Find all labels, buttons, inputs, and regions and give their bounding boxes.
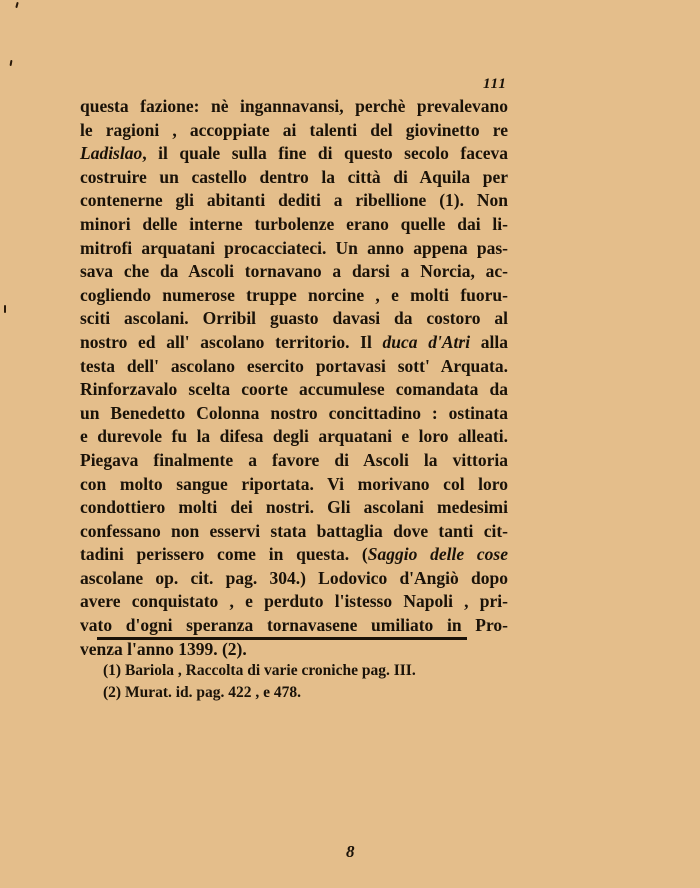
text-line: sava che da Ascoli tornavano a darsi a N… [80, 260, 508, 284]
text-line: costruire un castello dentro la città di… [80, 166, 508, 190]
text-run: , il quale sulla fine di questo secolo f… [142, 143, 508, 163]
text-run: venza l'anno 1399. (2). [80, 639, 247, 659]
text-line: venza l'anno 1399. (2). [80, 638, 508, 662]
text-line: minori delle interne turbolenze erano qu… [80, 213, 508, 237]
text-line: Ladislao, il quale sulla fine di questo … [80, 142, 508, 166]
text-run: e durevole fu la difesa degli arquatani … [80, 426, 508, 446]
text-line: con molto sangue riportata. Vi morivano … [80, 473, 508, 497]
footnote-1: (1) Bariola , Raccolta di varie croniche… [103, 660, 463, 682]
footnote-2: (2) Murat. id. pag. 422 , e 478. [103, 682, 463, 704]
text-run-italic: duca d'Atri [383, 332, 471, 352]
text-line: Piegava finalmente a favore di Ascoli la… [80, 449, 508, 473]
text-run: vato d'ogni speranza tornavasene umiliat… [80, 615, 508, 635]
text-run: con molto sangue riportata. Vi morivano … [80, 474, 508, 494]
text-line: confessano non esservi stata battaglia d… [80, 520, 508, 544]
text-run: costruire un castello dentro la città di… [80, 167, 508, 187]
text-line: questa fazione: nè ingannavansi, perchè … [80, 95, 508, 119]
text-line: tadini perissero come in questa. (Saggio… [80, 543, 508, 567]
text-run: cogliendo numerose truppe norcine , e mo… [80, 285, 508, 305]
text-run: sciti ascolani. Orribil guasto davasi da… [80, 308, 508, 328]
margin-speck [4, 305, 6, 313]
text-run: questa fazione: nè ingannavansi, perchè … [80, 96, 508, 116]
signature-mark: 8 [346, 842, 355, 862]
text-line: ascolane op. cit. pag. 304.) Lodovico d'… [80, 567, 508, 591]
margin-speck [15, 2, 18, 8]
text-line: vato d'ogni speranza tornavasene umiliat… [80, 614, 508, 638]
text-run: tadini perissero come in questa. ( [80, 544, 368, 564]
text-run: un Benedetto Colonna nostro concittadino… [80, 403, 508, 423]
text-run: nostro ed all' ascolano territorio. Il [80, 332, 383, 352]
page-number-top: 111 [483, 76, 507, 93]
text-line: mitrofi arquatani procacciateci. Un anno… [80, 237, 508, 261]
margin-speck [9, 60, 12, 66]
footnotes: (1) Bariola , Raccolta di varie croniche… [103, 660, 463, 704]
text-run: mitrofi arquatani procacciateci. Un anno… [80, 238, 508, 258]
text-run-italic: Ladislao [80, 143, 142, 163]
text-run: testa dell' ascolano esercito portavasi … [80, 356, 508, 376]
text-line: condottiero molti dei nostri. Gli ascola… [80, 496, 508, 520]
text-run: contenerne gli abitanti dediti a ribelli… [80, 190, 508, 210]
text-run: le ragioni , accoppiate ai talenti del g… [80, 120, 508, 140]
text-line: avere conquistato , e perduto l'istesso … [80, 590, 508, 614]
text-run: Piegava finalmente a favore di Ascoli la… [80, 450, 508, 470]
text-line: Rinforzavalo scelta coorte accumulese co… [80, 378, 508, 402]
text-run: ascolane op. cit. pag. 304.) Lodovico d'… [80, 568, 508, 588]
text-line: e durevole fu la difesa degli arquatani … [80, 425, 508, 449]
body-text: questa fazione: nè ingannavansi, perchè … [80, 95, 508, 661]
text-run-italic: Saggio delle cose [368, 544, 508, 564]
text-line: testa dell' ascolano esercito portavasi … [80, 355, 508, 379]
text-run: condottiero molti dei nostri. Gli ascola… [80, 497, 508, 517]
text-run: avere conquistato , e perduto l'istesso … [80, 591, 508, 611]
text-line: cogliendo numerose truppe norcine , e mo… [80, 284, 508, 308]
text-run: sava che da Ascoli tornavano a darsi a N… [80, 261, 508, 281]
footnote-separator-rule [97, 637, 467, 640]
text-run: Rinforzavalo scelta coorte accumulese co… [80, 379, 508, 399]
text-line: sciti ascolani. Orribil guasto davasi da… [80, 307, 508, 331]
text-line: un Benedetto Colonna nostro concittadino… [80, 402, 508, 426]
text-run: minori delle interne turbolenze erano qu… [80, 214, 508, 234]
text-line: nostro ed all' ascolano territorio. Il d… [80, 331, 508, 355]
text-line: le ragioni , accoppiate ai talenti del g… [80, 119, 508, 143]
text-run: alla [470, 332, 508, 352]
text-run: confessano non esservi stata battaglia d… [80, 521, 508, 541]
text-line: contenerne gli abitanti dediti a ribelli… [80, 189, 508, 213]
